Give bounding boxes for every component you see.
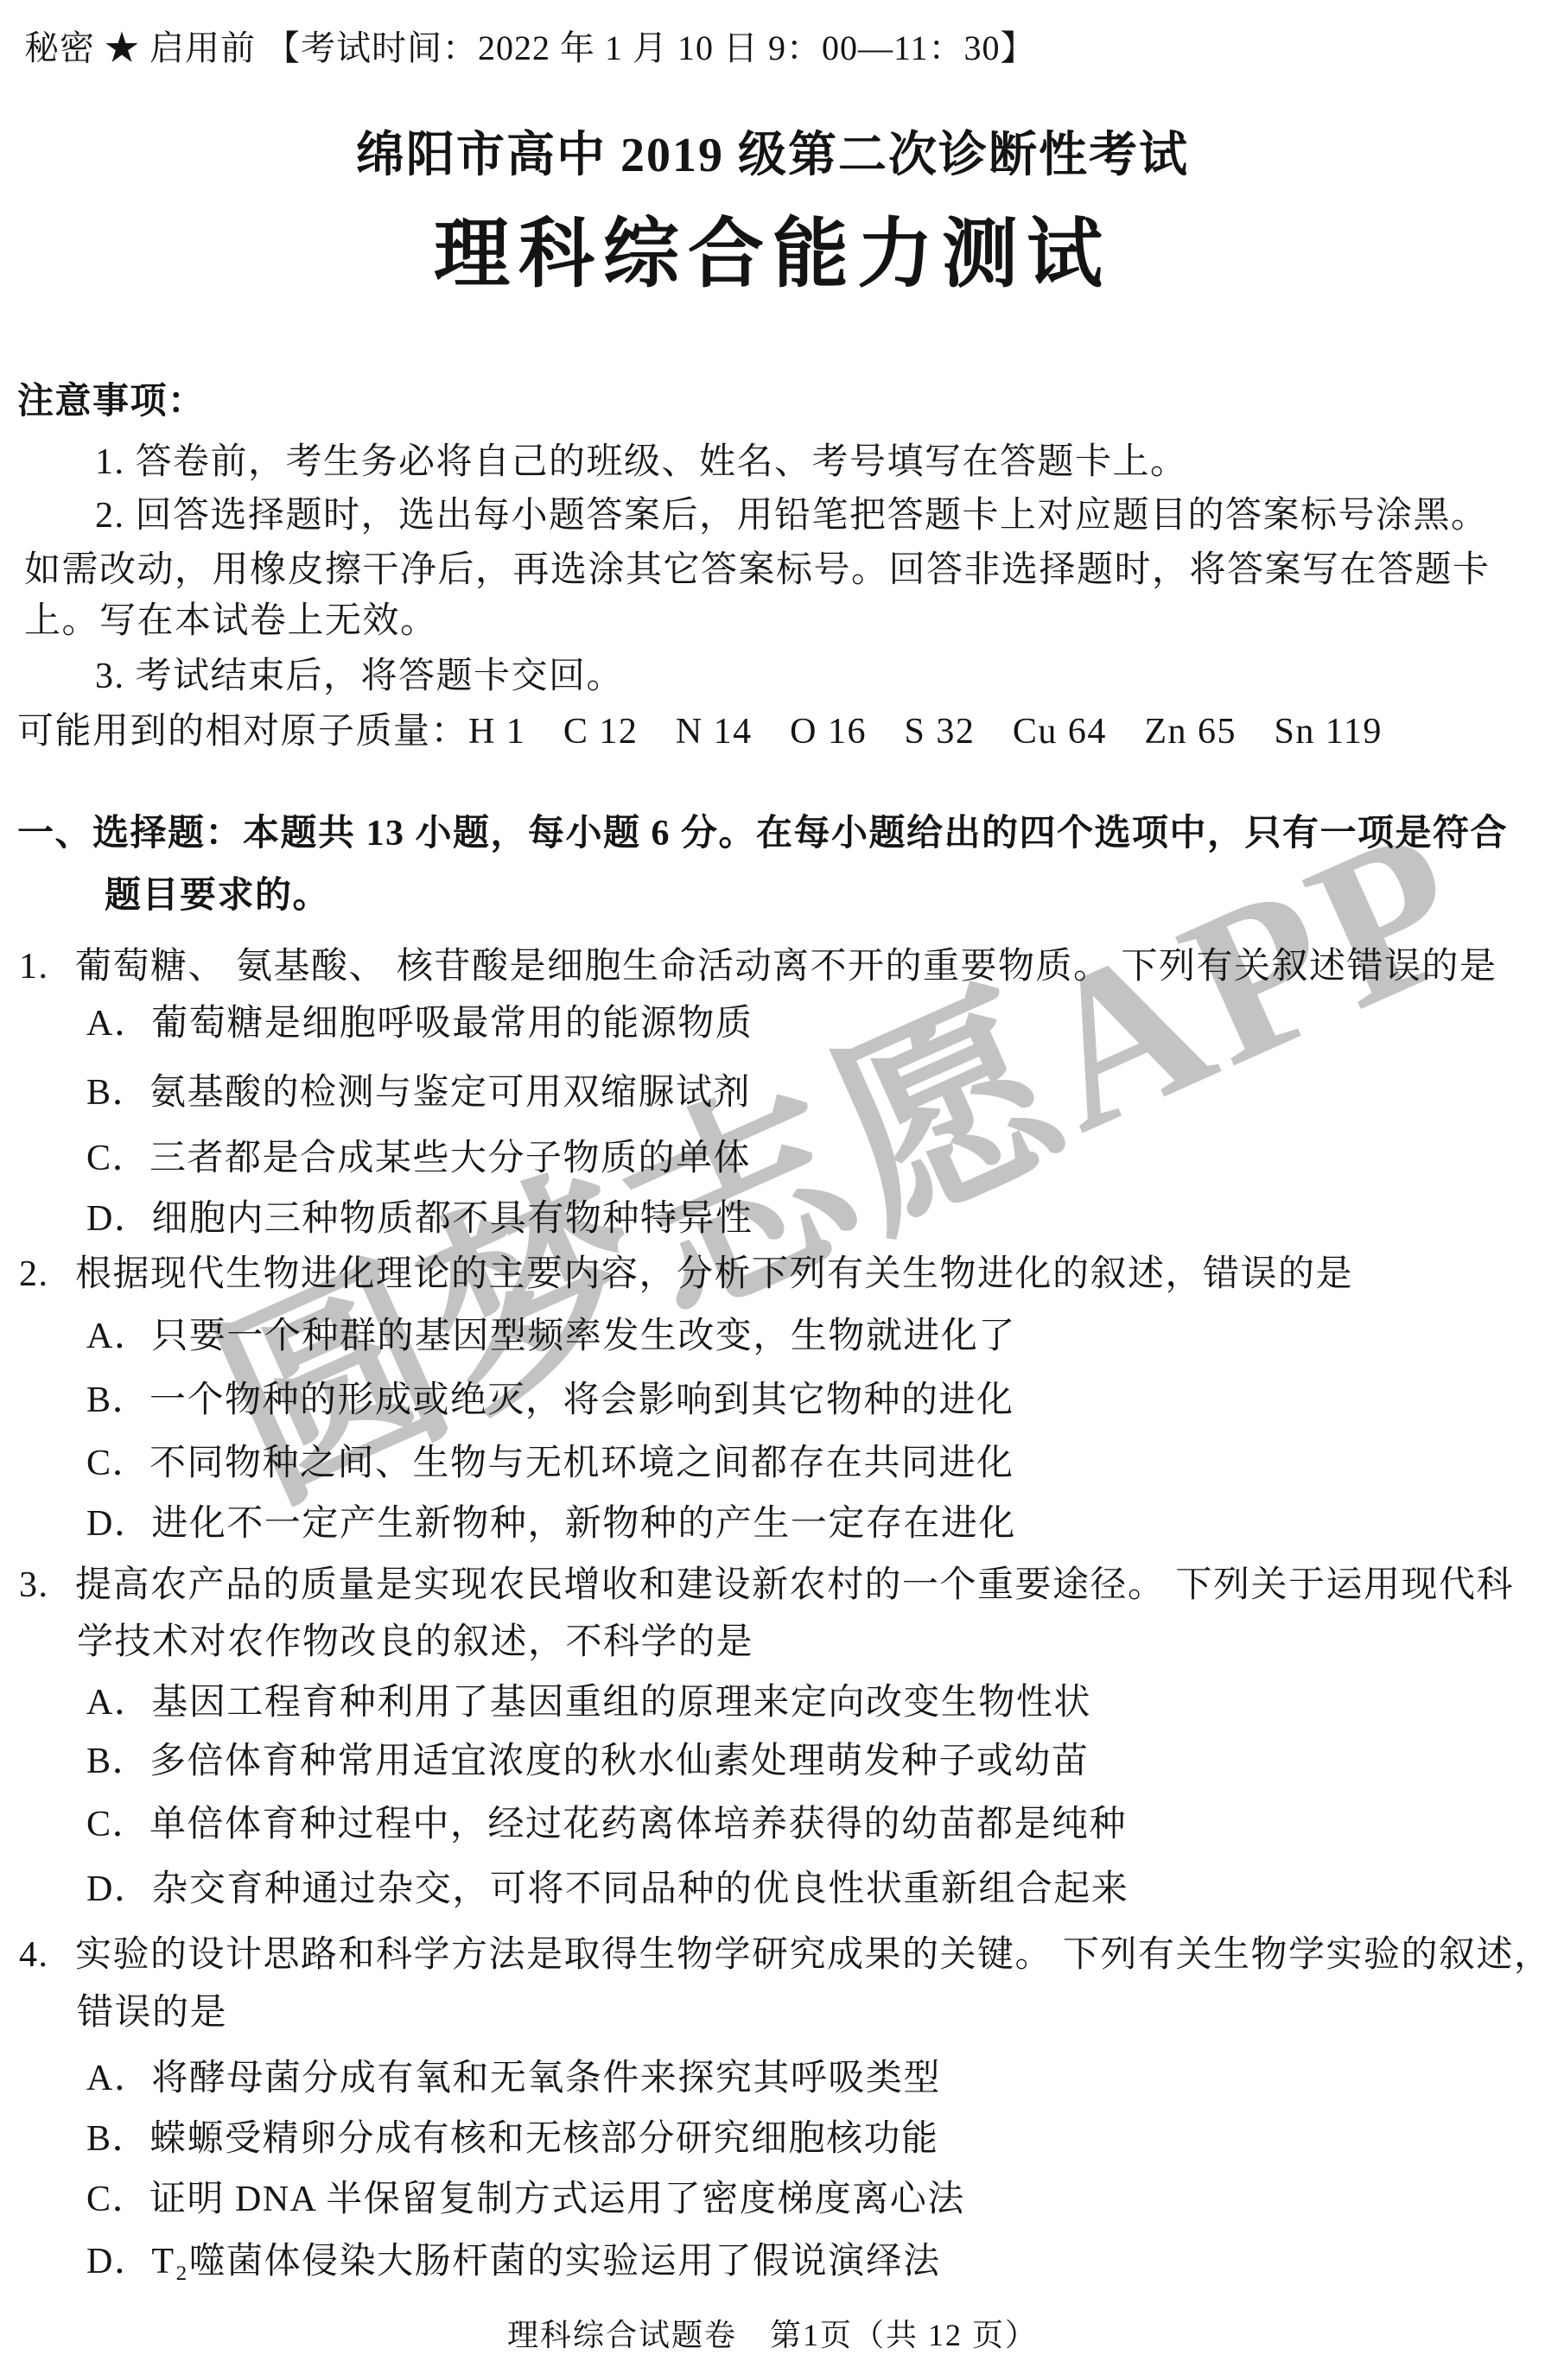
notice-item-3: 3. 考试结束后，将答题卡交回。 [95,657,624,696]
question-3-stem-line-2: 学技术对农作物改良的叙述，不科学的是 [77,1622,753,1662]
question-3-number: 3. [19,1565,49,1605]
question-3-option-d: D．杂交育种通过杂交，可将不同品种的优良性状重新组合起来 [86,1869,1129,1909]
question-3-option-c: C．单倍体育种过程中，经过花药离体培养获得的幼苗都是纯种 [86,1805,1127,1844]
notice-item-2-line-2: 如需改动，用橡皮擦干净后，再选涂其它答案标号。回答非选择题时，将答案写在答题卡 [24,550,1491,590]
question-4-option-a: A．将酵母菌分成有氧和无氧条件来探究其呼吸类型 [86,2059,941,2098]
security-marking-line: 秘密 ★ 启用前 【考试时间：2022 年 1 月 10 日 9：00—11：3… [24,29,1036,67]
question-2-option-a: A．只要一个种群的基因型频率发生改变，生物就进化了 [86,1317,1016,1356]
exam-session-title: 绵阳市高中 2019 级第二次诊断性考试 [0,130,1545,183]
exam-subject-title: 理科综合能力测试 [0,214,1545,298]
question-4-option-d: D．T₂噬菌体侵染大肠杆菌的实验运用了假说演绎法 [86,2242,941,2282]
question-1-stem: 葡萄糖、 氨基酸、 核苷酸是细胞生命活动离不开的重要物质。 下列有关叙述错误的是 [75,947,1497,987]
question-3-option-a: A．基因工程育种利用了基因重组的原理来定向改变生物性状 [86,1683,1091,1723]
section-heading-line-1: 一、选择题：本题共 13 小题，每小题 6 分。在每小题给出的四个选项中，只有一… [17,814,1508,854]
question-1-option-a: A．葡萄糖是细胞呼吸最常用的能源物质 [86,1004,753,1044]
question-2-option-b: B．一个物种的形成或绝灭，将会影响到其它物种的进化 [86,1380,1014,1420]
notice-item-1: 1. 答卷前，考生务必将自己的班级、姓名、考号填写在答题卡上。 [95,442,1188,482]
question-2-option-d: D．进化不一定产生新物种，新物种的产生一定存在进化 [86,1504,1016,1544]
page-footer: 理科综合试题卷 第1页（共 12 页） [0,2319,1545,2353]
question-4-stem-line-2: 错误的是 [77,1993,227,2033]
question-3-option-b: B．多倍体育种常用适宜浓度的秋水仙素处理萌发种子或幼苗 [86,1742,1090,1781]
question-4-option-c: C．证明 DNA 半保留复制方式运用了密度梯度离心法 [86,2180,965,2219]
question-1-option-c: C．三者都是合成某些大分子物质的单体 [86,1139,751,1178]
section-heading-line-2: 题目要求的。 [105,876,330,916]
question-3-stem-line-1: 提高农产品的质量是实现农民增收和建设新农村的一个重要途径。 下列关于运用现代科 [75,1565,1514,1605]
question-2-option-c: C．不同物种之间、生物与无机环境之间都存在共同进化 [86,1444,1014,1483]
notice-item-2-line-3: 上。写在本试卷上无效。 [24,601,438,641]
question-1-number: 1. [19,947,49,987]
notice-heading: 注意事项： [17,382,206,422]
question-2-stem: 根据现代生物进化理论的主要内容，分析下列有关生物进化的叙述，错误的是 [75,1254,1353,1294]
exam-paper-page: 圆梦志愿APP 秘密 ★ 启用前 【考试时间：2022 年 1 月 10 日 9… [0,0,1545,2380]
question-4-stem-line-1: 实验的设计思路和科学方法是取得生物学研究成果的关键。 下列有关生物学实验的叙述， [75,1935,1545,1975]
question-2-number: 2. [19,1254,49,1294]
question-1-option-b: B．氨基酸的检测与鉴定可用双缩脲试剂 [86,1073,751,1113]
question-4-number: 4. [19,1935,49,1975]
question-1-option-d: D．细胞内三种物质都不具有物种特异性 [86,1199,753,1239]
notice-item-2-line-1: 2. 回答选择题时，选出每小题答案后，用铅笔把答题卡上对应题目的答案标号涂黑。 [95,496,1489,536]
atomic-mass-note: 可能用到的相对原子质量：H 1 C 12 N 14 O 16 S 32 Cu 6… [17,712,1383,752]
question-4-option-b: B．蝾螈受精卵分成有核和无核部分研究细胞核功能 [86,2119,939,2159]
